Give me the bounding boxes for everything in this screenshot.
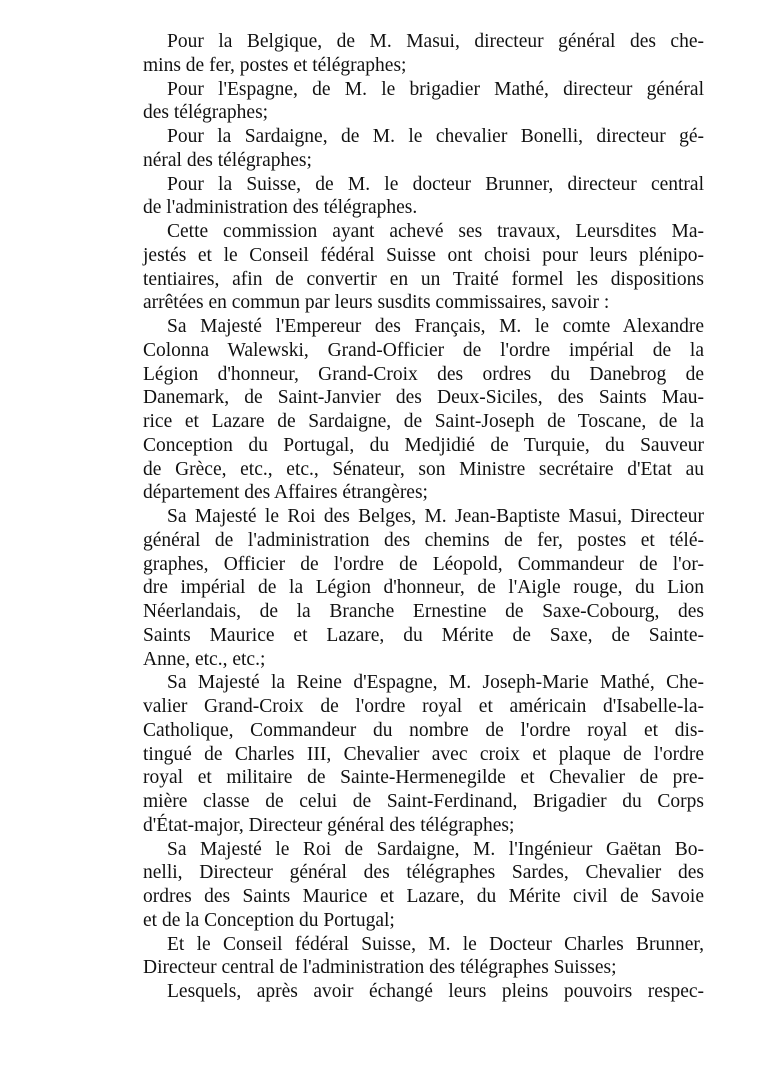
text-line: mins de fer, postes et télégraphes;	[143, 54, 704, 78]
text-line: Sa Majesté l'Empereur des Français, M. l…	[143, 315, 704, 339]
text-line: Conception du Portugal, du Medjidié de T…	[143, 434, 704, 458]
text-line: Anne, etc., etc.;	[143, 648, 704, 672]
text-line: Pour la Belgique, de M. Masui, directeur…	[143, 30, 704, 54]
text-line: Sa Majesté le Roi des Belges, M. Jean-Ba…	[143, 505, 704, 529]
text-line: et de la Conception du Portugal;	[143, 909, 704, 933]
text-line: Danemark, de Saint-Janvier des Deux-Sici…	[143, 386, 704, 410]
text-line: de Grèce, etc., etc., Sénateur, son Mini…	[143, 458, 704, 482]
text-line: nelli, Directeur général des télégraphes…	[143, 861, 704, 885]
text-line: mière classe de celui de Saint-Ferdinand…	[143, 790, 704, 814]
text-line: d'État-major, Directeur général des télé…	[143, 814, 704, 838]
text-line: des télégraphes;	[143, 101, 704, 125]
text-line: Cette commission ayant achevé ses travau…	[143, 220, 704, 244]
text-line: Pour l'Espagne, de M. le brigadier Mathé…	[143, 78, 704, 102]
text-line: valier Grand-Croix de l'ordre royal et a…	[143, 695, 704, 719]
text-line: ordres des Saints Maurice et Lazare, du …	[143, 885, 704, 909]
text-line: néral des télégraphes;	[143, 149, 704, 173]
text-line: Saints Maurice et Lazare, du Mérite de S…	[143, 624, 704, 648]
text-line: tentiaires, afin de convertir en un Trai…	[143, 268, 704, 292]
text-line: Néerlandais, de la Branche Ernestine de …	[143, 600, 704, 624]
text-line: dre impérial de la Légion d'honneur, de …	[143, 576, 704, 600]
text-line: général de l'administration des chemins …	[143, 529, 704, 553]
text-line: Et le Conseil fédéral Suisse, M. le Doct…	[143, 933, 704, 957]
text-line: Légion d'honneur, Grand-Croix des ordres…	[143, 363, 704, 387]
text-line: Pour la Suisse, de M. le docteur Brunner…	[143, 173, 704, 197]
text-line: jestés et le Conseil fédéral Suisse ont …	[143, 244, 704, 268]
text-line: royal et militaire de Sainte-Hermenegild…	[143, 766, 704, 790]
text-line: département des Affaires étrangères;	[143, 481, 704, 505]
document-page: Pour la Belgique, de M. Masui, directeur…	[143, 30, 704, 1004]
text-line: Pour la Sardaigne, de M. le chevalier Bo…	[143, 125, 704, 149]
text-line: Sa Majesté le Roi de Sardaigne, M. l'Ing…	[143, 838, 704, 862]
text-line: tingué de Charles III, Chevalier avec cr…	[143, 743, 704, 767]
text-line: Sa Majesté la Reine d'Espagne, M. Joseph…	[143, 671, 704, 695]
text-line: rice et Lazare de Sardaigne, de Saint-Jo…	[143, 410, 704, 434]
text-line: Lesquels, après avoir échangé leurs plei…	[143, 980, 704, 1004]
text-line: Catholique, Commandeur du nombre de l'or…	[143, 719, 704, 743]
text-line: Directeur central de l'administration de…	[143, 956, 704, 980]
text-line: arrêtées en commun par leurs susdits com…	[143, 291, 704, 315]
text-line: Colonna Walewski, Grand-Officier de l'or…	[143, 339, 704, 363]
text-line: de l'administration des télégraphes.	[143, 196, 704, 220]
text-line: graphes, Officier de l'ordre de Léopold,…	[143, 553, 704, 577]
